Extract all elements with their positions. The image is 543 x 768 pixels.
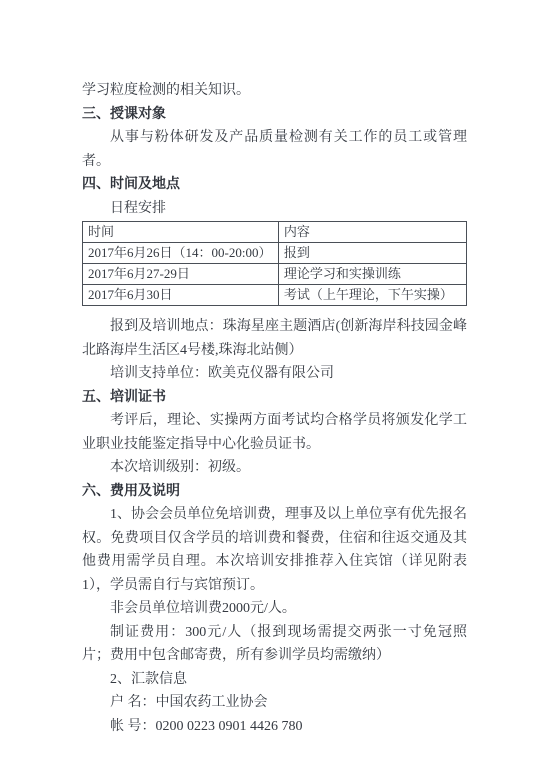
section6-heading: 六、费用及说明	[82, 480, 467, 504]
certificate-paragraph: 考评后，理论、实操两方面考试均合格学员将颁发化学工业职业技能鉴定指导中心化验员证…	[82, 409, 467, 456]
paragraph-intro: 学习粒度检测的相关知识。	[82, 79, 467, 103]
schedule-cell-time: 2017年6月27-29日	[83, 264, 279, 285]
schedule-header-time: 时间	[83, 222, 279, 243]
fee-paragraph-3: 制证费用：300元/人（报到现场需提交两张一寸免冠照片；费用中包含邮寄费，所有参…	[82, 621, 467, 668]
schedule-cell-content: 理论学习和实操训练	[278, 264, 466, 285]
account-number: 帐 号：0200 0223 0901 4426 780	[82, 715, 467, 739]
account-name: 户 名：中国农药工业协会	[82, 691, 467, 715]
document-page: 学习粒度检测的相关知识。 三、授课对象 从事与粉体研发及产品质量检测有关工作的员…	[0, 0, 543, 768]
fee-paragraph-1: 1、协会会员单位免培训费，理事及以上单位享有优先报名权。免费项目仅含学员的培训费…	[82, 503, 467, 597]
schedule-header-content: 内容	[278, 222, 466, 243]
schedule-header-row: 时间 内容	[83, 222, 467, 243]
training-support: 培训支持单位：欧美克仪器有限公司	[82, 362, 467, 386]
section5-heading: 五、培训证书	[82, 386, 467, 410]
training-level: 本次培训级别：初级。	[82, 456, 467, 480]
table-row: 2017年6月27-29日 理论学习和实操训练	[83, 264, 467, 285]
section3-body: 从事与粉体研发及产品质量检测有关工作的员工或管理者。	[82, 126, 467, 173]
table-row: 2017年6月30日 考试（上午理论，下午实操）	[83, 285, 467, 306]
schedule-label: 日程安排	[82, 197, 467, 221]
section3-heading: 三、授课对象	[82, 103, 467, 127]
fee-paragraph-2: 非会员单位培训费2000元/人。	[82, 597, 467, 621]
schedule-cell-content: 报到	[278, 243, 466, 264]
section4-heading: 四、时间及地点	[82, 173, 467, 197]
schedule-cell-content: 考试（上午理论，下午实操）	[278, 285, 466, 306]
remittance-info-label: 2、汇款信息	[82, 668, 467, 692]
schedule-cell-time: 2017年6月26日（14：00-20:00）	[83, 243, 279, 264]
training-location: 报到及培训地点：珠海星座主题酒店(创新海岸科技园金峰北路海岸生活区4号楼,珠海北…	[82, 315, 467, 362]
table-row: 2017年6月26日（14：00-20:00） 报到	[83, 243, 467, 264]
schedule-cell-time: 2017年6月30日	[83, 285, 279, 306]
schedule-table: 时间 内容 2017年6月26日（14：00-20:00） 报到 2017年6月…	[82, 221, 467, 306]
